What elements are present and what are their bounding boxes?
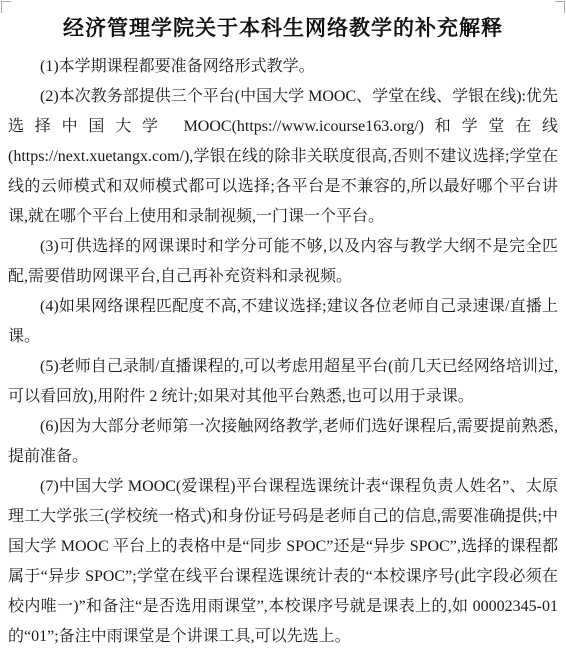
page-corner-mark-right: [555, 1, 565, 13]
paragraph-3: (3)可供选择的网课课时和学分可能不够,以及内容与教学大纲不是完全匹配,需要借助…: [8, 232, 558, 292]
document-title: 经济管理学院关于本科生网络教学的补充解释: [8, 12, 558, 44]
paragraph-1: (1)本学期课程都要准备网络形式教学。: [8, 52, 558, 82]
page-corner-mark-left: [1, 1, 11, 13]
paragraph-5: (5)老师自己录制/直播课程的,可以考虑用超星平台(前几天已经网络培训过,可以看…: [8, 352, 558, 412]
paragraph-7: (7)中国大学 MOOC(爱课程)平台课程选课统计表“课程负责人姓名”、太原理工…: [8, 472, 558, 652]
document-body: (1)本学期课程都要准备网络形式教学。 (2)本次教务部提供三个平台(中国大学 …: [8, 52, 558, 652]
document-page: 经济管理学院关于本科生网络教学的补充解释 (1)本学期课程都要准备网络形式教学。…: [0, 0, 566, 658]
paragraph-2: (2)本次教务部提供三个平台(中国大学 MOOC、学堂在线、学银在线):优先选择…: [8, 82, 558, 232]
paragraph-6: (6)因为大部分老师第一次接触网络教学,老师们选好课程后,需要提前熟悉,提前准备…: [8, 412, 558, 472]
paragraph-4: (4)如果网络课程匹配度不高,不建议选择;建议各位老师自己录速课/直播上课。: [8, 292, 558, 352]
